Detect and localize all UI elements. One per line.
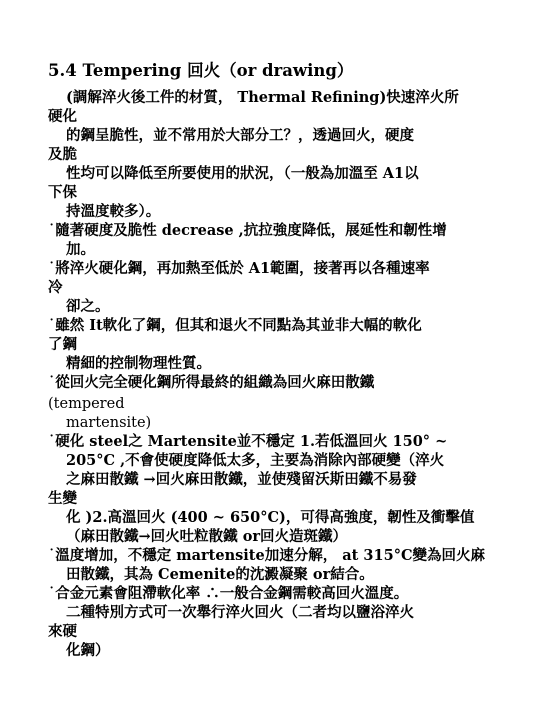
bullet-line: ˙合金元素會阻滯軟化率 ∴一般合金鋼需較高回火溫度。 — [48, 585, 408, 603]
text-line: 性均可以降低至所要使用的狀況，（一般為加溫至 A1以 — [66, 165, 419, 183]
text-line: 持溫度較多）。 — [66, 203, 160, 221]
text-line: 下保 — [48, 184, 77, 202]
text-line: 精細的控制物理性質。 — [66, 355, 211, 373]
text-line: 加。 — [66, 241, 95, 259]
text-line: 205°C ,不會使硬度降低太多，主要為消除內部硬變（淬火 — [66, 452, 444, 470]
text-line: 及脆 — [48, 146, 77, 164]
bullet-line: ˙硬化 steel之 Martensite並不穩定 1.若低溫回火 150° ~ — [48, 433, 447, 451]
text-line: 化 )2.高溫回火 (400 ~ 650°C)，可得高強度，韌性及衝擊值 — [66, 509, 474, 527]
bullet-line: ˙溫度增加，不穩定 martensite加速分解， at 315°C變為回火麻 — [48, 547, 485, 565]
bullet-line: ˙從回火完全硬化鋼所得最終的組織為回火麻田散鐵 — [48, 374, 374, 392]
text-line: （麻田散鐵→回火吐粒散鐵 or回火造斑鐵） — [66, 528, 347, 546]
text-line: 了鋼 — [48, 336, 77, 354]
text-line: 來硬 — [48, 623, 77, 641]
text-line: (tempered — [48, 395, 124, 413]
text-line: (調解淬火後工件的材質， Thermal Refining)快速淬火所 — [66, 89, 459, 107]
bullet-line: ˙隨著硬度及脆性 decrease ,抗拉強度降低，展延性和韌性增 — [48, 222, 447, 240]
text-line: 化鋼） — [66, 642, 110, 660]
section-title: 5.4 Tempering 回火（or drawing） — [48, 62, 353, 80]
bullet-line: ˙將淬火硬化鋼，再加熱至低於 A1範圍，接著再以各種速率 — [48, 260, 430, 278]
text-line: 田散鐵，其為 Cemenite的沈澱凝聚 or結合。 — [66, 566, 374, 584]
text-line: 卻之。 — [66, 298, 110, 316]
text-line: 冷 — [48, 279, 63, 297]
text-line: 的鋼呈脆性，並不常用於大部分工？，透過回火，硬度 — [66, 127, 414, 145]
text-line: 硬化 — [48, 108, 77, 126]
bullet-line: ˙雖然 It軟化了鋼，但其和退火不同點為其並非大幅的軟化 — [48, 317, 422, 335]
text-line: 二種特別方式可一次舉行淬火回火（二者均以鹽浴淬火 — [66, 604, 414, 622]
text-line: 之麻田散鐵 →回火麻田散鐵，並使殘留沃斯田鐵不易發 — [66, 471, 417, 489]
text-line: martensite) — [66, 414, 151, 432]
text-line: 生變 — [48, 490, 77, 508]
